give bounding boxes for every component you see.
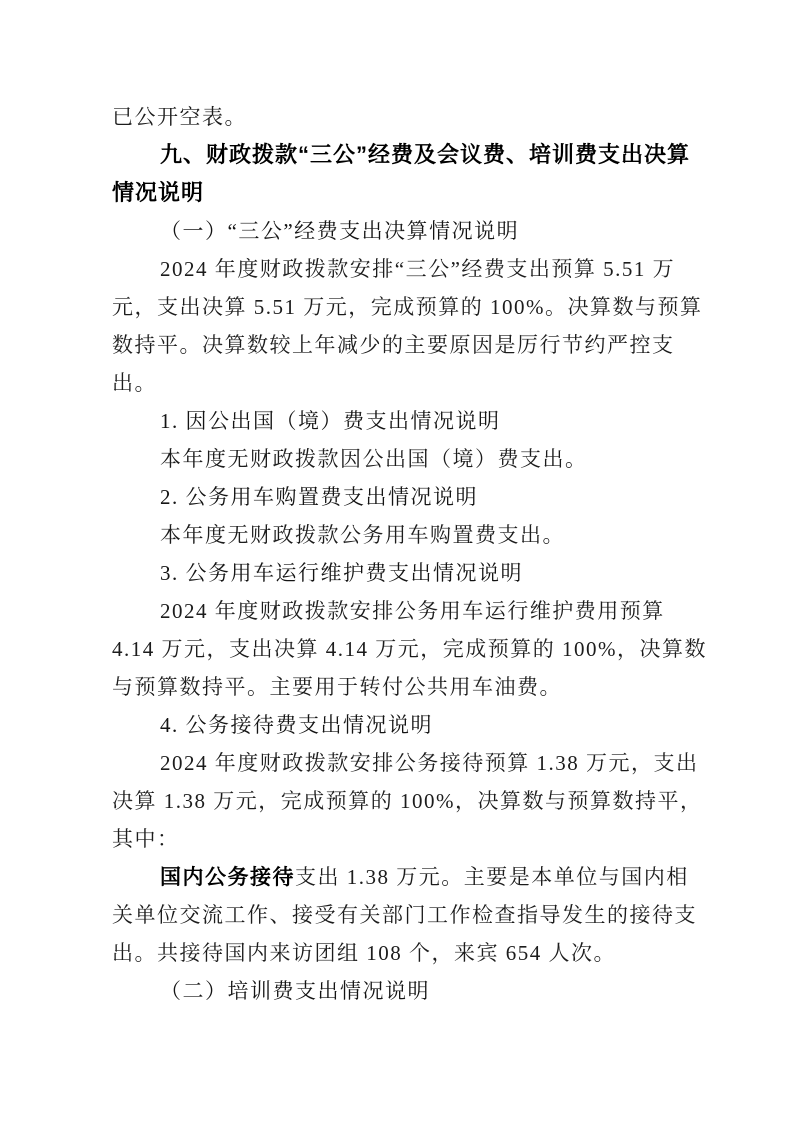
- text-segment: 出。共接待国内来访团组 108 个，来宾 654 人次。: [112, 941, 616, 965]
- document-page: 已公开空表。九、财政拨款“三公”经费及会议费、培训费支出决算情况说明（一）“三公…: [0, 0, 793, 1122]
- text-line: 与预算数持平。主要用于转付公共用车油费。: [112, 668, 684, 706]
- text-line: 出。共接待国内来访团组 108 个，来宾 654 人次。: [112, 934, 684, 972]
- text-line: 九、财政拨款“三公”经费及会议费、培训费支出决算: [112, 136, 684, 174]
- text-segment: 1. 因公出国（境）费支出情况说明: [160, 409, 501, 433]
- text-segment: 2024 年度财政拨款安排“三公”经费支出预算 5.51 万: [160, 257, 675, 281]
- text-line: 决算 1.38 万元，完成预算的 100%，决算数与预算数持平，: [112, 782, 684, 820]
- text-line: 国内公务接待支出 1.38 万元。主要是本单位与国内相: [112, 858, 684, 896]
- text-segment: 元，支出决算 5.51 万元，完成预算的 100%。决算数与预算: [112, 295, 703, 319]
- text-segment: 2024 年度财政拨款安排公务用车运行维护费用预算: [160, 599, 665, 623]
- text-segment: 与预算数持平。主要用于转付公共用车油费。: [112, 675, 562, 699]
- text-line: 情况说明: [112, 174, 684, 212]
- text-line: 4. 公务接待费支出情况说明: [112, 706, 684, 744]
- text-segment: 3. 公务用车运行维护费支出情况说明: [160, 561, 523, 585]
- document-text-block: 已公开空表。九、财政拨款“三公”经费及会议费、培训费支出决算情况说明（一）“三公…: [112, 98, 684, 1010]
- text-line: 其中：: [112, 820, 684, 858]
- text-line: 数持平。决算数较上年减少的主要原因是厉行节约严控支: [112, 326, 684, 364]
- text-line: 2. 公务用车购置费支出情况说明: [112, 478, 684, 516]
- text-segment: 2. 公务用车购置费支出情况说明: [160, 485, 478, 509]
- text-line: （一）“三公”经费支出决算情况说明: [112, 212, 684, 250]
- text-line: 元，支出决算 5.51 万元，完成预算的 100%。决算数与预算: [112, 288, 684, 326]
- text-segment: 出。: [112, 371, 157, 395]
- text-segment: 数持平。决算数较上年减少的主要原因是厉行节约严控支: [112, 333, 675, 357]
- text-line: 3. 公务用车运行维护费支出情况说明: [112, 554, 684, 592]
- text-line: （二）培训费支出情况说明: [112, 972, 684, 1010]
- text-line: 2024 年度财政拨款安排公务用车运行维护费用预算: [112, 592, 684, 630]
- text-segment: 其中：: [112, 827, 180, 851]
- text-segment: 九、财政拨款“三公”经费及会议费、培训费支出决算: [160, 142, 690, 167]
- text-line: 本年度无财政拨款公务用车购置费支出。: [112, 516, 684, 554]
- text-line: 1. 因公出国（境）费支出情况说明: [112, 402, 684, 440]
- text-segment: 本年度无财政拨款公务用车购置费支出。: [160, 523, 565, 547]
- text-line: 2024 年度财政拨款安排公务接待预算 1.38 万元，支出: [112, 744, 684, 782]
- text-segment: 2024 年度财政拨款安排公务接待预算 1.38 万元，支出: [160, 751, 699, 775]
- text-line: 关单位交流工作、接受有关部门工作检查指导发生的接待支: [112, 896, 684, 934]
- text-line: 已公开空表。: [112, 98, 684, 136]
- text-segment: 4. 公务接待费支出情况说明: [160, 713, 433, 737]
- text-segment: （二）培训费支出情况说明: [160, 979, 430, 1003]
- text-segment: 决算 1.38 万元，完成预算的 100%，决算数与预算数持平，: [112, 789, 703, 813]
- text-segment: 已公开空表。: [112, 105, 247, 129]
- text-line: 2024 年度财政拨款安排“三公”经费支出预算 5.51 万: [112, 250, 684, 288]
- text-line: 4.14 万元，支出决算 4.14 万元，完成预算的 100%，决算数: [112, 630, 684, 668]
- text-segment: 情况说明: [112, 180, 204, 205]
- text-line: 出。: [112, 364, 684, 402]
- text-segment: 4.14 万元，支出决算 4.14 万元，完成预算的 100%，决算数: [112, 637, 707, 661]
- text-segment: 关单位交流工作、接受有关部门工作检查指导发生的接待支: [112, 903, 697, 927]
- text-segment: 支出 1.38 万元。主要是本单位与国内相: [295, 865, 689, 889]
- text-segment: 本年度无财政拨款因公出国（境）费支出。: [160, 447, 588, 471]
- text-line: 本年度无财政拨款因公出国（境）费支出。: [112, 440, 684, 478]
- text-segment: （一）“三公”经费支出决算情况说明: [160, 219, 519, 243]
- bold-text-segment: 国内公务接待: [160, 865, 295, 889]
